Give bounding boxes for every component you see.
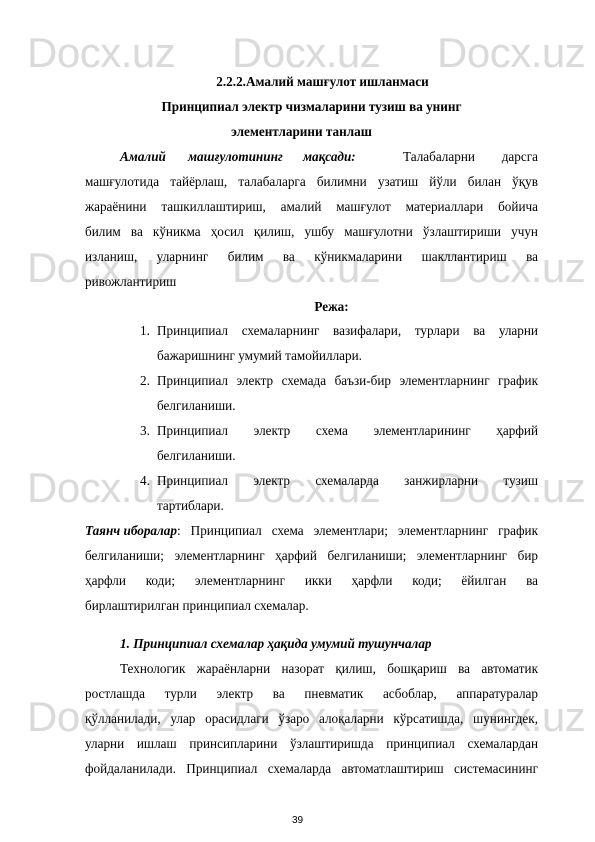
goal-line: машғулотида тайёрлаш, талабаларга билимн… [85, 174, 538, 190]
section-paragraph-line: фойдаланилади. Принципиал схемаларда авт… [85, 761, 538, 777]
plan-item-text: белгиланиши. [157, 398, 538, 414]
watermark: Docx.uz [27, 468, 175, 508]
section-paragraph-line: Технологик жараёнларни назорат қилиш, бо… [120, 661, 538, 677]
title-line-2: элементларини танлаш [75, 124, 528, 140]
goal-line: изланиш, уларнинг билим ва кўникмаларини… [85, 249, 538, 265]
plan-item-text: Принципиал электр схемада баъзи-бир элем… [157, 373, 538, 389]
section-heading: 2.2.2.Амалий машғулот ишланмаси [107, 74, 538, 90]
goal-line: билим ва кўникма ҳосил қилиш, ушбу машғу… [85, 224, 538, 240]
plan-title: Режа: [105, 299, 558, 315]
keywords-line: бирлаштирилган принципиал схемалар. [85, 598, 538, 614]
page-number: 39 [0, 815, 595, 826]
watermark: Docx.uz [27, 33, 175, 73]
keywords-line: белгиланиши; элементларнинг ҳарфий белги… [85, 548, 538, 564]
goal-line: ривожлантириш [85, 274, 538, 290]
plan-item-text: Принципиал электр схема элементларининг … [157, 423, 538, 439]
keywords-line: ҳарфли коди; элементларнинг икки ҳарфли … [85, 573, 538, 589]
keywords-text: : Принципиал схема элементлари; элементл… [177, 523, 538, 539]
goal-label-1: Амалий [120, 149, 166, 165]
section-title: 1. Принципиал схемалар ҳақида умумий туш… [120, 636, 573, 652]
plan-item-number: 2. [140, 373, 150, 389]
watermark: Docx.uz [232, 33, 380, 73]
keywords-label: Таянч иборалар [85, 523, 177, 539]
plan-item-number: 3. [140, 423, 150, 439]
keywords-first-line: Таянч иборалар : Принципиал схема элемен… [85, 523, 538, 539]
plan-item-text: Принципиал схемаларнинг вазифалари, турл… [157, 323, 538, 339]
plan-item-text: тартиблари. [157, 498, 538, 514]
section-paragraph-line: уларни ишлаш принсипларини ўзлаштиришда … [85, 736, 538, 752]
plan-item-text: Принципиал электр схемаларда занжирларни… [157, 473, 538, 489]
goal-line: жараёнини ташкиллаштириш, амалий машғуло… [85, 199, 538, 215]
section-paragraph-line: қўлланилади, улар орасидлаги ўзаро алоқа… [85, 711, 538, 727]
plan-item-text: белгиланиши. [157, 448, 538, 464]
plan-item-number: 1. [140, 323, 150, 339]
goal-label-3: мақсади: [303, 149, 356, 165]
plan-item-text: бажаришнинг умумий тамойиллари. [157, 348, 538, 364]
section-paragraph-line: ростлашда турли электр ва пневматик асбо… [85, 686, 538, 702]
goal-text: Талабаларни дарсга [403, 149, 538, 165]
plan-item-number: 4. [140, 473, 150, 489]
watermark: Docx.uz [437, 33, 585, 73]
watermark-row: Docx.uz Docx.uz Docx.uz [0, 33, 595, 73]
goal-label-2: машғулотининг [188, 149, 283, 165]
title-line-1: Принципиал электр чизмаларини тузиш ва у… [85, 99, 538, 115]
